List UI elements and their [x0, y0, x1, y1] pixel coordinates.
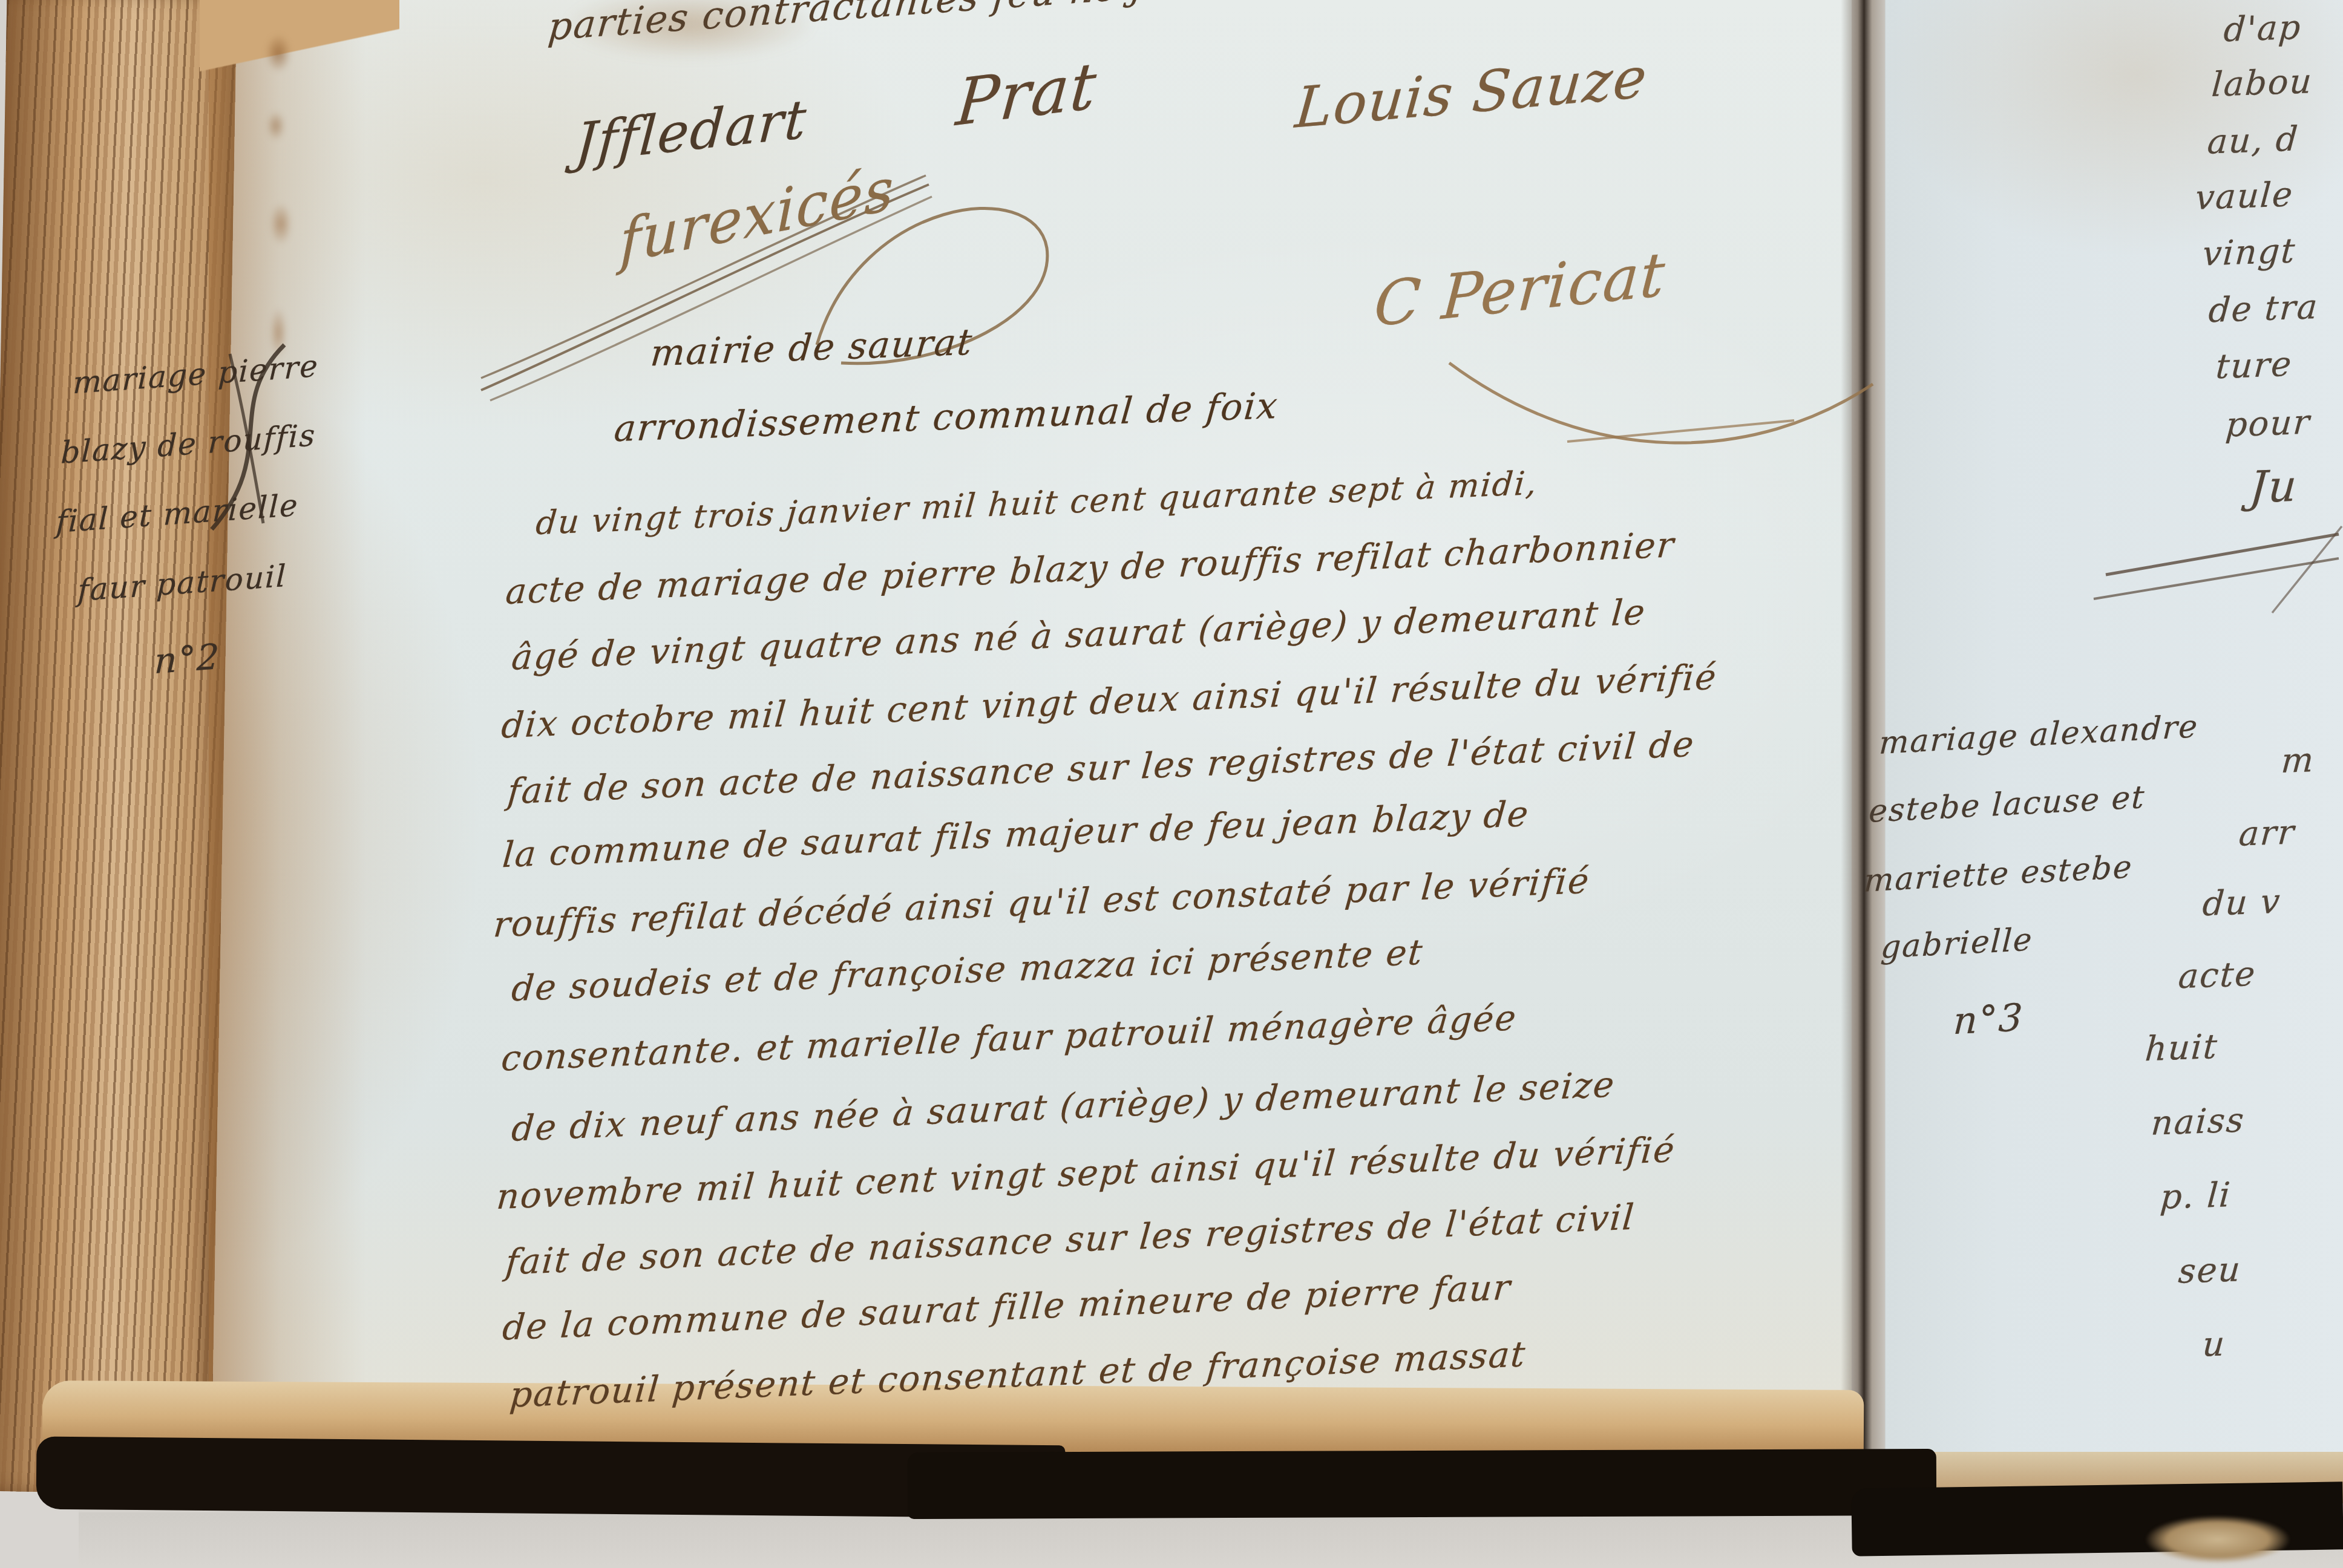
right-page-line-fragment: labou: [2210, 62, 2314, 105]
right-page-line-fragment: du v: [2201, 882, 2282, 924]
right-page-line-fragment: vingt: [2201, 231, 2297, 274]
right-page-signature-fragment: Ju: [2248, 460, 2299, 512]
book-fore-edge-stack: [0, 0, 237, 1495]
manuscript-register-photo: parties contractantes feu ne ja Jffledar…: [0, 0, 2343, 1568]
right-page-line-fragment: m: [2280, 740, 2316, 781]
right-page-paraph-underline-icon: [2091, 523, 2343, 614]
cover-edge-blob: [2145, 1515, 2290, 1564]
right-page-line-fragment: au, d: [2206, 119, 2300, 162]
left-margin-act-number: n°2: [154, 636, 221, 682]
ink-stain-drip: [254, 24, 303, 387]
right-page-line-fragment: u: [2201, 1324, 2227, 1365]
right-margin-act-number: n°3: [1952, 995, 2025, 1043]
right-page-line-fragment: huit: [2144, 1027, 2220, 1069]
right-page-line-fragment: p. li: [2159, 1175, 2233, 1217]
right-page-line-fragment: vaule: [2194, 175, 2295, 218]
right-page-line-fragment: naiss: [2150, 1100, 2246, 1143]
right-page-line-fragment: pour: [2224, 402, 2312, 445]
signature-pericat-paraph-icon: [1440, 339, 1888, 472]
right-page-line-fragment: acte: [2177, 955, 2258, 997]
right-page-line-fragment: d'ap: [2223, 8, 2303, 50]
right-page-line-fragment: seu: [2177, 1250, 2243, 1292]
right-page-line-fragment: arr: [2238, 812, 2296, 854]
binding-shadow-band: [908, 1449, 1936, 1519]
right-page-line-fragment: de tra: [2207, 287, 2320, 331]
right-page-line-fragment: ture: [2215, 345, 2294, 387]
